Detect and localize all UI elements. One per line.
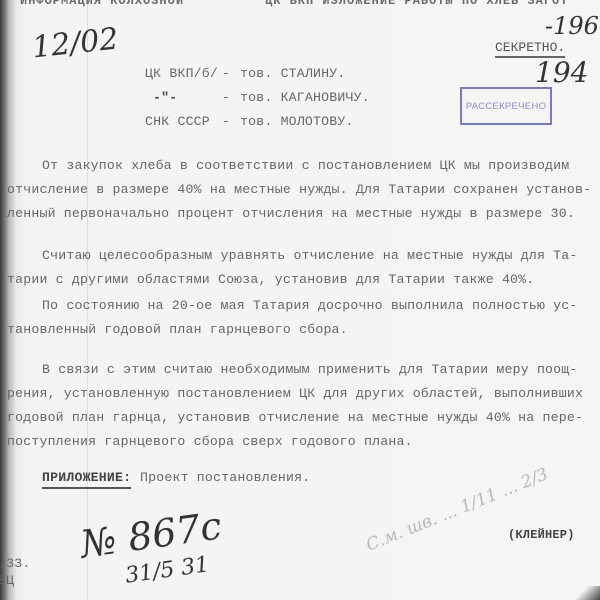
body-line: тановленный годовой план гарнцевого сбор… <box>7 322 348 337</box>
attachment-text: Проект постановления. <box>140 470 310 485</box>
body-line: годовой план гарнца, установив отчислени… <box>7 410 583 425</box>
left-margin-abbr: ЕЦ <box>0 573 14 588</box>
addressee-dash: - <box>222 90 230 105</box>
addressee-dash: - <box>222 114 230 129</box>
document-page: ИНФОРМАЦИЯ КОЛХОЗНОЙ ЦК ВКП ИЗЛОЖЕНИЕ РА… <box>0 0 600 600</box>
page-corner-shadow <box>570 586 600 600</box>
body-line: ленный первоначально процент отчисления … <box>7 206 575 221</box>
addressee-name: тов. КАГАНОВИЧУ. <box>240 90 370 105</box>
signature: (КЛЕЙНЕР) <box>508 528 575 542</box>
body-line: отчисление в размере 40% на местные нужд… <box>7 182 591 197</box>
left-margin-date: .33. <box>0 556 30 571</box>
body-line: По состоянию на 20-ое мая Татария досроч… <box>42 298 578 313</box>
addressee-org: ЦК ВКП/б/ <box>145 66 218 81</box>
attachment-label: ПРИЛОЖЕНИЕ: <box>42 470 131 489</box>
body-line: От закупок хлеба в соответствии с постан… <box>42 158 569 173</box>
body-line: тарии с другими областями Союза, установ… <box>7 272 534 287</box>
addressee-org: -"- <box>153 90 177 105</box>
header-cut-right: ЦК ВКП ИЗЛОЖЕНИЕ РАБОТЫ ПО ХЛЕБ ЗАГОТ <box>265 0 568 8</box>
header-cut-left: ИНФОРМАЦИЯ КОЛХОЗНОЙ <box>20 0 184 8</box>
archive-number-2: 194 <box>535 56 588 89</box>
addressee-name: тов. МОЛОТОВУ. <box>240 114 354 129</box>
handwritten-date: 12/02 <box>30 22 120 66</box>
archive-number-1: -196- <box>545 12 600 40</box>
declassified-stamp: РАССЕКРЕЧЕНО <box>460 87 552 125</box>
addressee-dash: - <box>222 66 230 81</box>
addressee-org: СНК СССР <box>145 114 210 129</box>
body-line: рения, установленную постановлением ЦК д… <box>7 386 583 401</box>
addressee-name: тов. СТАЛИНУ. <box>240 66 345 81</box>
body-line: В связи с этим считаю необходимым примен… <box>42 362 578 377</box>
body-line: Считаю целесообразным уравнять отчислени… <box>42 248 578 263</box>
body-line: поступления гарнцевого сбора сверх годов… <box>7 434 413 449</box>
